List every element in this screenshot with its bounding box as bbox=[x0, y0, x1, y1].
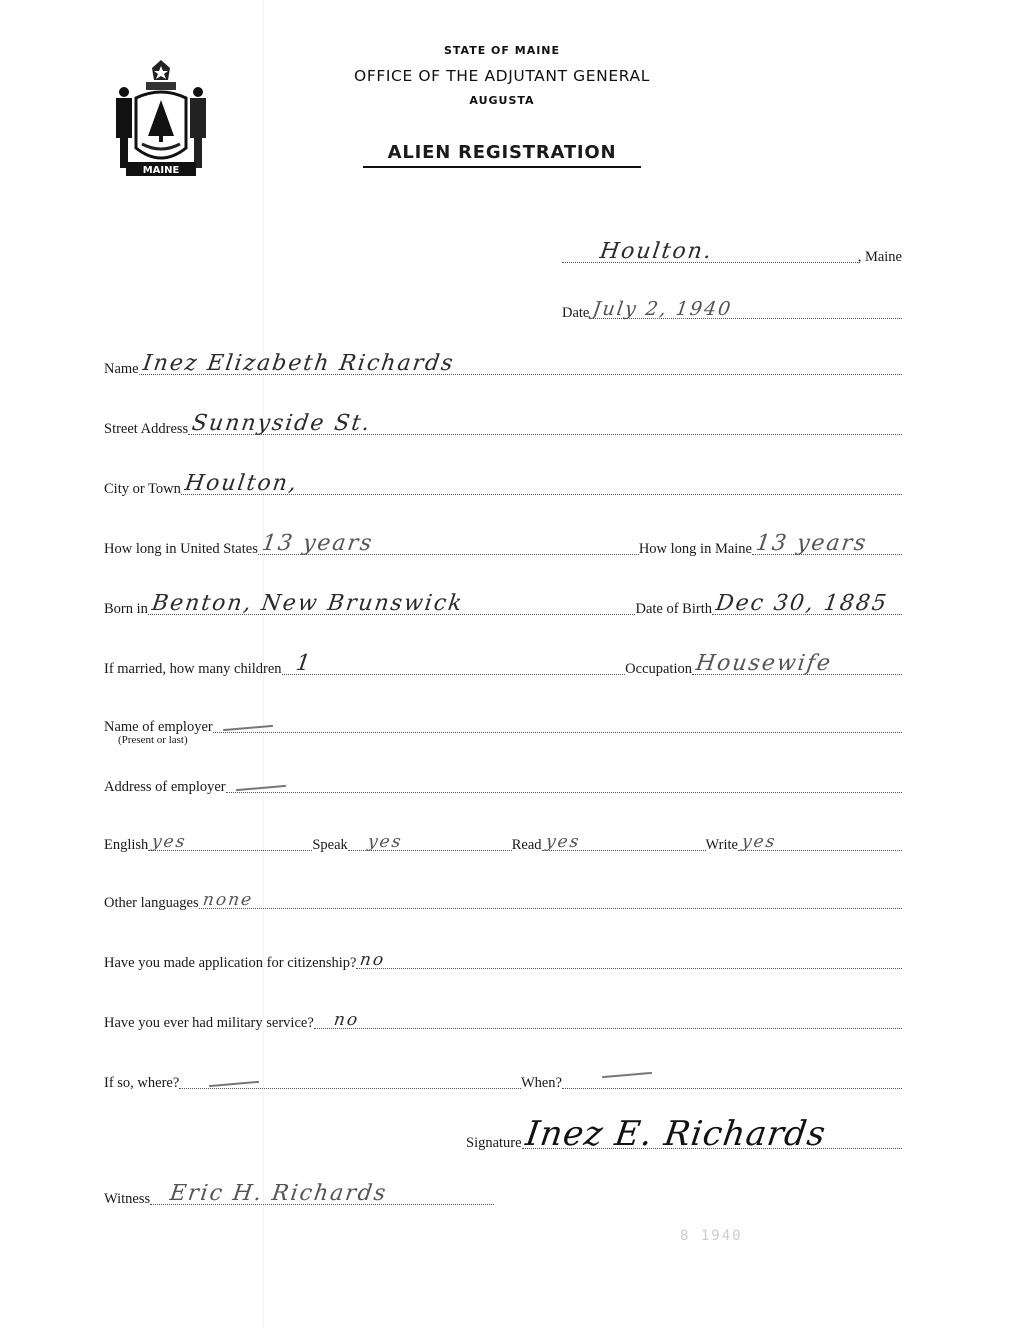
other-languages-value: none bbox=[201, 890, 254, 910]
citizenship-label: Have you made application for citizenshi… bbox=[104, 955, 356, 974]
military-row: Have you ever had military service? no bbox=[104, 1004, 902, 1034]
employer-sublabel: (Present or last) bbox=[118, 734, 188, 746]
date-value: July 2, 1940 bbox=[592, 298, 734, 320]
english-value: yes bbox=[151, 832, 188, 852]
header-city: AUGUSTA bbox=[0, 94, 1014, 107]
received-stamp: 8 1940 bbox=[680, 1228, 743, 1244]
employer-address-field[interactable] bbox=[226, 792, 902, 793]
header-office: OFFICE OF THE ADJUTANT GENERAL bbox=[0, 67, 1014, 85]
other-languages-field[interactable]: none bbox=[199, 908, 902, 909]
when-dash bbox=[602, 1072, 652, 1078]
speak-label: Speak bbox=[312, 837, 347, 856]
other-languages-label: Other languages bbox=[104, 895, 199, 914]
write-value: yes bbox=[741, 832, 778, 852]
birth-row: Born in Benton, New Brunswick Date of Bi… bbox=[104, 590, 902, 620]
us-duration-field[interactable]: 13 years bbox=[258, 554, 639, 555]
duration-row: How long in United States 13 years How l… bbox=[104, 530, 902, 560]
place-row: Houlton. , Maine bbox=[562, 238, 902, 268]
employer-address-dash bbox=[236, 784, 286, 790]
street-label: Street Address bbox=[104, 421, 188, 440]
born-in-value: Benton, New Brunswick bbox=[150, 591, 465, 616]
occupation-value: Housewife bbox=[694, 651, 833, 676]
english-field[interactable]: yes bbox=[148, 850, 312, 851]
where-label: If so, where? bbox=[104, 1075, 179, 1094]
born-in-label: Born in bbox=[104, 601, 148, 620]
read-field[interactable]: yes bbox=[542, 850, 706, 851]
date-label: Date bbox=[562, 305, 589, 324]
write-field[interactable]: yes bbox=[738, 850, 902, 851]
us-duration-value: 13 years bbox=[260, 531, 375, 556]
place-suffix: , Maine bbox=[858, 249, 902, 268]
language-row: English yes Speak yes Read yes Write yes bbox=[104, 826, 902, 856]
maine-duration-field[interactable]: 13 years bbox=[752, 554, 902, 555]
read-value: yes bbox=[544, 832, 581, 852]
employer-address-label: Address of employer bbox=[104, 779, 226, 798]
signature-field[interactable]: Inez E. Richards bbox=[522, 1148, 902, 1149]
date-field[interactable]: July 2, 1940 bbox=[589, 318, 902, 319]
name-field[interactable]: Inez Elizabeth Richards bbox=[139, 374, 902, 375]
employer-field[interactable] bbox=[213, 732, 902, 733]
military-field[interactable]: no bbox=[314, 1028, 902, 1029]
street-value: Sunnyside St. bbox=[190, 411, 373, 436]
military-value: no bbox=[332, 1010, 360, 1030]
street-field[interactable]: Sunnyside St. bbox=[188, 434, 902, 435]
name-value: Inez Elizabeth Richards bbox=[141, 351, 456, 376]
city-row: City or Town Houlton, bbox=[104, 470, 902, 500]
place-field[interactable]: Houlton. bbox=[562, 262, 858, 263]
where-field[interactable] bbox=[179, 1088, 521, 1089]
dob-label: Date of Birth bbox=[635, 601, 712, 620]
dob-field[interactable]: Dec 30, 1885 bbox=[712, 614, 902, 615]
document-page: MAINE STATE OF MAINE OFFICE OF THE ADJUT… bbox=[0, 0, 1024, 1328]
witness-field[interactable]: Eric H. Richards bbox=[150, 1204, 494, 1205]
write-label: Write bbox=[706, 837, 738, 856]
header-state: STATE OF MAINE bbox=[0, 44, 1014, 57]
citizenship-field[interactable]: no bbox=[356, 968, 902, 969]
city-field[interactable]: Houlton, bbox=[181, 494, 902, 495]
citizenship-value: no bbox=[359, 950, 387, 970]
military-label: Have you ever had military service? bbox=[104, 1015, 314, 1034]
witness-label: Witness bbox=[104, 1191, 150, 1210]
name-row: Name Inez Elizabeth Richards bbox=[104, 350, 902, 380]
when-label: When? bbox=[521, 1075, 562, 1094]
dob-value: Dec 30, 1885 bbox=[714, 591, 889, 616]
signature-value: Inez E. Richards bbox=[523, 1114, 828, 1154]
street-row: Street Address Sunnyside St. bbox=[104, 410, 902, 440]
citizenship-row: Have you made application for citizenshi… bbox=[104, 944, 902, 974]
occupation-label: Occupation bbox=[625, 661, 692, 680]
children-value: 1 bbox=[294, 651, 314, 676]
employer-row: Name of employer bbox=[104, 708, 902, 738]
occupation-field[interactable]: Housewife bbox=[692, 674, 902, 675]
place-value: Houlton. bbox=[598, 239, 714, 264]
signature-label: Signature bbox=[466, 1135, 522, 1154]
form-title: ALIEN REGISTRATION bbox=[363, 142, 641, 168]
speak-value: yes bbox=[366, 832, 403, 852]
date-row: Date July 2, 1940 bbox=[562, 294, 902, 324]
other-languages-row: Other languages none bbox=[104, 884, 902, 914]
city-label: City or Town bbox=[104, 481, 181, 500]
svg-text:MAINE: MAINE bbox=[143, 165, 180, 176]
maine-duration-value: 13 years bbox=[754, 531, 869, 556]
employer-address-row: Address of employer bbox=[104, 768, 902, 798]
name-label: Name bbox=[104, 361, 139, 380]
maine-duration-label: How long in Maine bbox=[639, 541, 752, 560]
where-dash bbox=[209, 1080, 259, 1086]
witness-value: Eric H. Richards bbox=[168, 1181, 389, 1206]
where-when-row: If so, where? When? bbox=[104, 1064, 902, 1094]
children-field[interactable]: 1 bbox=[282, 674, 626, 675]
speak-field[interactable]: yes bbox=[348, 850, 512, 851]
witness-row: Witness Eric H. Richards bbox=[104, 1180, 494, 1210]
city-value: Houlton, bbox=[183, 471, 299, 496]
born-in-field[interactable]: Benton, New Brunswick bbox=[148, 614, 636, 615]
children-row: If married, how many children 1 Occupati… bbox=[104, 650, 902, 680]
children-label: If married, how many children bbox=[104, 661, 282, 680]
read-label: Read bbox=[512, 837, 542, 856]
employer-dash bbox=[223, 724, 273, 730]
when-field[interactable] bbox=[562, 1088, 902, 1089]
us-duration-label: How long in United States bbox=[104, 541, 258, 560]
english-label: English bbox=[104, 837, 148, 856]
signature-row: Signature Inez E. Richards bbox=[466, 1124, 902, 1154]
